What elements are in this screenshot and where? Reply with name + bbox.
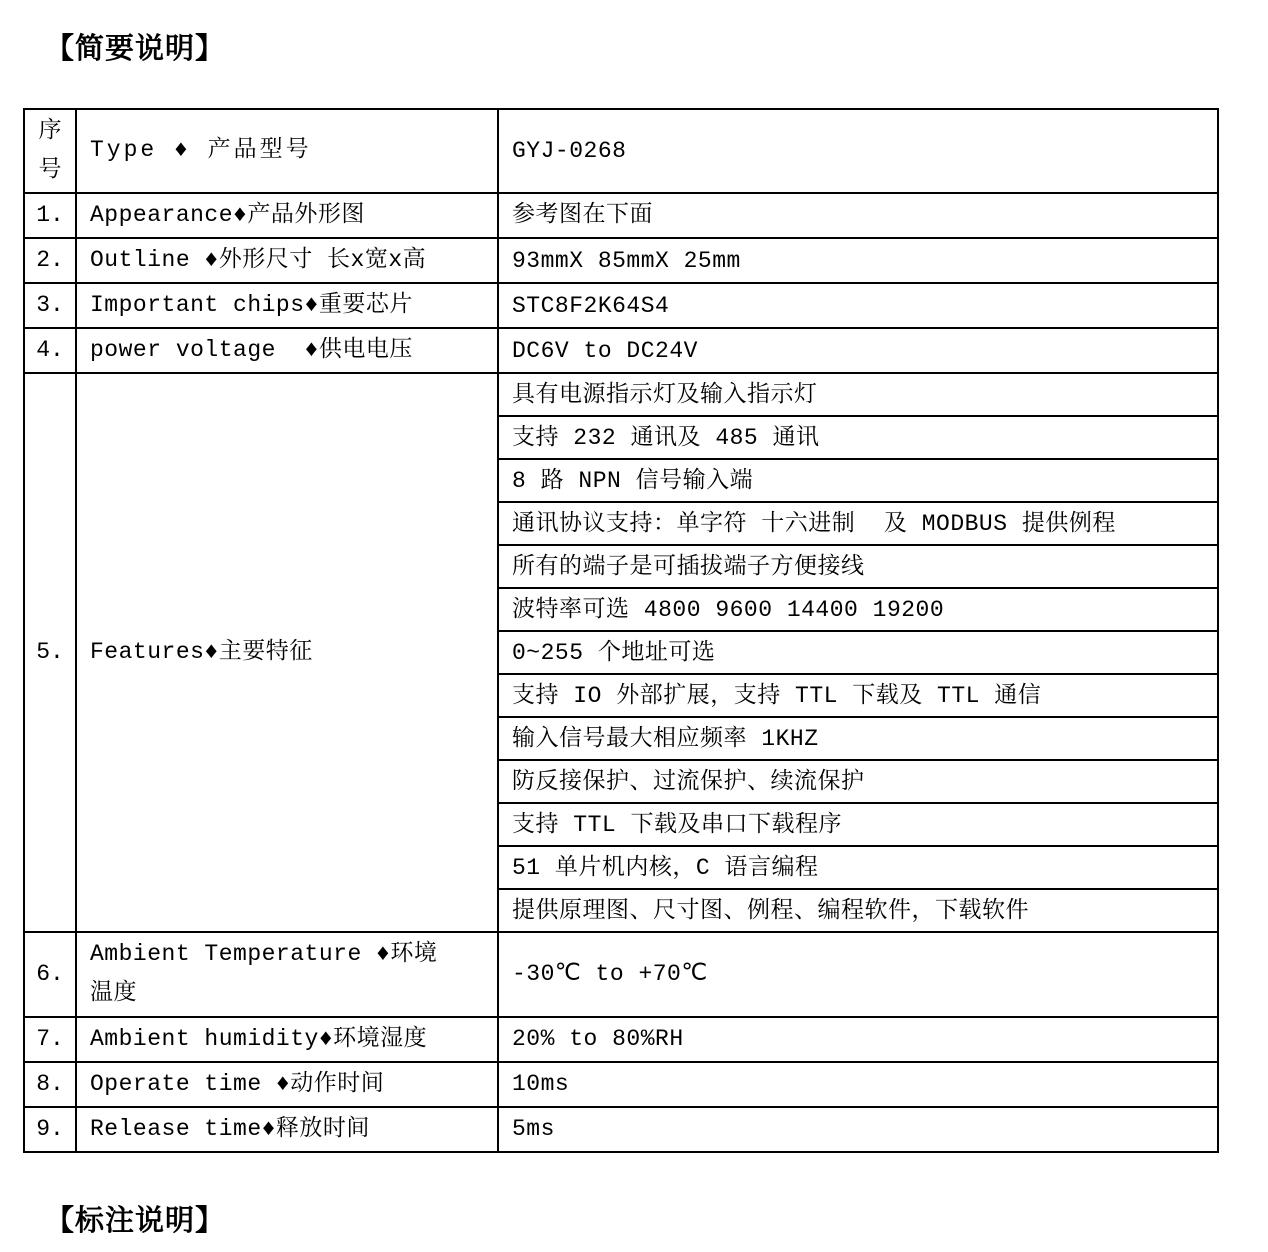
row-number-cell: 6.: [24, 932, 76, 1016]
feature-item-cell: 提供原理图、尺寸图、例程、编程软件，下载软件: [498, 889, 1218, 932]
row-label-cell: Appearance♦产品外形图: [76, 193, 498, 238]
spec-table: 序号 Type ♦ 产品型号 GYJ-0268 1. Appearance♦产品…: [23, 108, 1219, 1153]
row-label-cell: power voltage ♦供电电压: [76, 328, 498, 373]
row-label-cell: Type ♦ 产品型号: [76, 109, 498, 193]
row-number-cell: 3.: [24, 283, 76, 328]
spec-row-appearance: 1. Appearance♦产品外形图 参考图在下面: [24, 193, 1218, 238]
feature-item-cell: 8 路 NPN 信号输入端: [498, 459, 1218, 502]
feature-item-cell: 支持 TTL 下载及串口下载程序: [498, 803, 1218, 846]
row-value-cell: 参考图在下面: [498, 193, 1218, 238]
row-label-cell: Important chips♦重要芯片: [76, 283, 498, 328]
row-value-cell: -30℃ to +70℃: [498, 932, 1218, 1016]
row-value-cell: GYJ-0268: [498, 109, 1218, 193]
feature-item-cell: 通讯协议支持：单字符 十六进制 及 MODBUS 提供例程: [498, 502, 1218, 545]
spec-row-release-time: 9. Release time♦释放时间 5ms: [24, 1107, 1218, 1152]
feature-item-cell: 支持 232 通讯及 485 通讯: [498, 416, 1218, 459]
row-number-cell: 5.: [24, 373, 76, 932]
feature-item-cell: 具有电源指示灯及输入指示灯: [498, 373, 1218, 416]
row-label-cell: Ambient Temperature ♦环境温度: [76, 932, 498, 1016]
row-label-cell: Ambient humidity♦环境湿度: [76, 1017, 498, 1062]
spec-row-operate-time: 8. Operate time ♦动作时间 10ms: [24, 1062, 1218, 1107]
row-number-cell: 2.: [24, 238, 76, 283]
feature-item-cell: 0~255 个地址可选: [498, 631, 1218, 674]
section-heading-notes: 【标注说明】: [0, 1198, 1268, 1239]
row-number-cell: 7.: [24, 1017, 76, 1062]
feature-item-cell: 防反接保护、过流保护、续流保护: [498, 760, 1218, 803]
spec-row-chips: 3. Important chips♦重要芯片 STC8F2K64S4: [24, 283, 1218, 328]
row-value-cell: 10ms: [498, 1062, 1218, 1107]
spec-row-features: 5. Features♦主要特征 具有电源指示灯及输入指示灯: [24, 373, 1218, 416]
row-label-cell: Operate time ♦动作时间: [76, 1062, 498, 1107]
feature-item-cell: 所有的端子是可插拔端子方便接线: [498, 545, 1218, 588]
row-label-cell: Features♦主要特征: [76, 373, 498, 932]
spec-row-humidity: 7. Ambient humidity♦环境湿度 20% to 80%RH: [24, 1017, 1218, 1062]
section-heading-brief: 【简要说明】: [0, 0, 1268, 67]
spec-row-voltage: 4. power voltage ♦供电电压 DC6V to DC24V: [24, 328, 1218, 373]
row-label-cell: Release time♦释放时间: [76, 1107, 498, 1152]
row-number-cell: 序号: [24, 109, 76, 193]
row-number-cell: 1.: [24, 193, 76, 238]
row-number-cell: 4.: [24, 328, 76, 373]
row-value-cell: 20% to 80%RH: [498, 1017, 1218, 1062]
row-value-cell: 5ms: [498, 1107, 1218, 1152]
row-value-cell: DC6V to DC24V: [498, 328, 1218, 373]
feature-item-cell: 支持 IO 外部扩展，支持 TTL 下载及 TTL 通信: [498, 674, 1218, 717]
feature-item-cell: 波特率可选 4800 9600 14400 19200: [498, 588, 1218, 631]
row-number-cell: 8.: [24, 1062, 76, 1107]
row-value-cell: STC8F2K64S4: [498, 283, 1218, 328]
spec-row-type: 序号 Type ♦ 产品型号 GYJ-0268: [24, 109, 1218, 193]
row-label-cell: Outline ♦外形尺寸 长x宽x高: [76, 238, 498, 283]
row-number-cell: 9.: [24, 1107, 76, 1152]
spec-row-outline: 2. Outline ♦外形尺寸 长x宽x高 93mmX 85mmX 25mm: [24, 238, 1218, 283]
row-value-cell: 93mmX 85mmX 25mm: [498, 238, 1218, 283]
spec-row-temperature: 6. Ambient Temperature ♦环境温度 -30℃ to +70…: [24, 932, 1218, 1016]
feature-item-cell: 输入信号最大相应频率 1KHZ: [498, 717, 1218, 760]
feature-item-cell: 51 单片机内核，C 语言编程: [498, 846, 1218, 889]
